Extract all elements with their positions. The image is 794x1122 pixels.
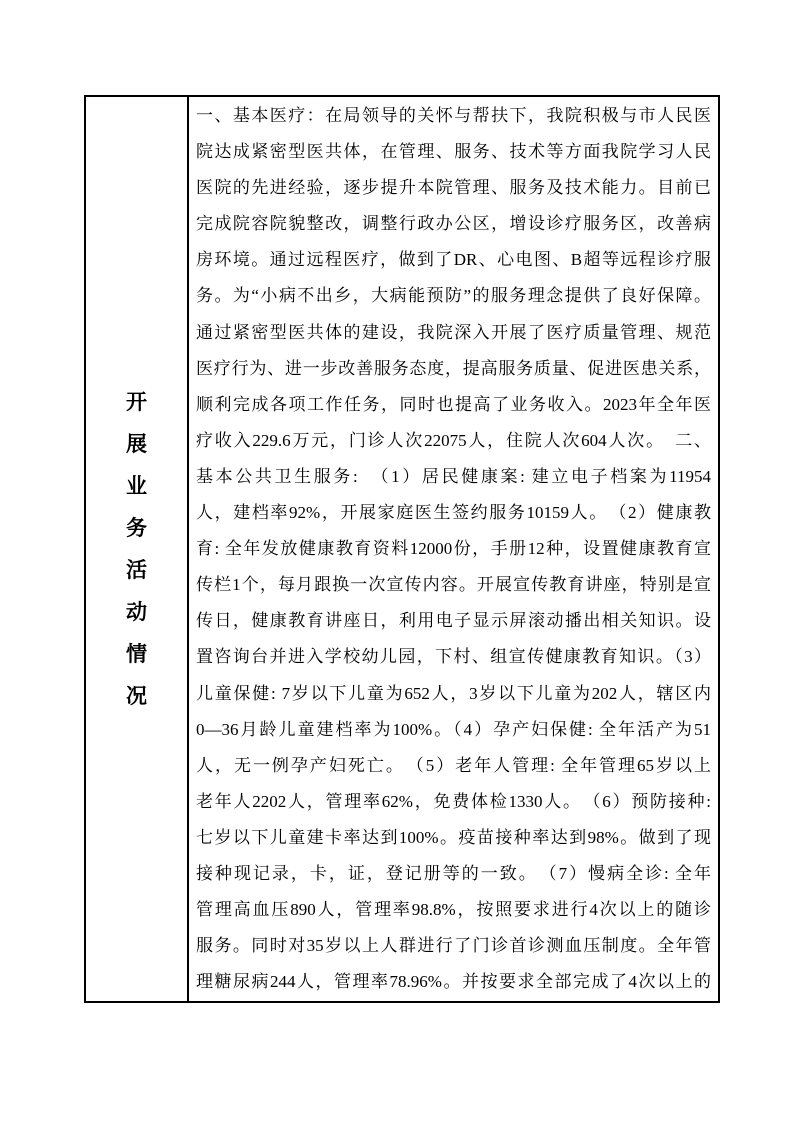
text-line: 置咨询台并进入学校幼儿园，下村、组宣传健康教育知识。（3） bbox=[196, 639, 711, 675]
header-char: 务 bbox=[126, 518, 147, 539]
text-line: 务。为“小病不出乡，大病能预防”的服务理念提供了良好保障。 bbox=[196, 278, 711, 314]
text-line: 人，无一例孕产妇死亡。 （5）老年人管理: 全年管理65岁以上 bbox=[196, 748, 711, 784]
text-line: 理糖尿病244人，管理率78.96%。并按要求全部完成了4次以上的 bbox=[196, 964, 711, 1000]
header-char: 况 bbox=[126, 686, 147, 707]
text-line: 顺利完成各项工作任务，同时也提高了业务收入。2023年全年医 bbox=[196, 387, 711, 423]
text-line: 老年人2202人，管理率62%，免费体检1330人。 （6）预防接种: bbox=[196, 784, 711, 820]
text-line: 人，建档率92%，开展家庭医生签约服务10159人。 （2）健康教 bbox=[196, 495, 711, 531]
text-line: 传日，健康教育讲座日，利用电子显示屏滚动播出相关知识。设 bbox=[196, 603, 711, 639]
header-char: 展 bbox=[126, 434, 147, 455]
text-line: 完成院容院貌整改，调整行政办公区，增设诊疗服务区，改善病 bbox=[196, 206, 711, 242]
header-char: 动 bbox=[126, 602, 147, 623]
document-table: 开 展 业 务 活 动 情 况 一、基本医疗：在局领导的关怀与帮扶下，我院积极与… bbox=[84, 95, 720, 1003]
text-line: 通过紧密型医共体的建设，我院深入开展了医疗质量管理、规范 bbox=[196, 315, 711, 351]
header-char: 活 bbox=[126, 560, 147, 581]
text-line: 儿童保健: 7岁以下儿童为652人，3岁以下儿童为202人，辖区内 bbox=[196, 676, 711, 712]
header-char: 开 bbox=[126, 392, 147, 413]
header-char: 业 bbox=[126, 476, 147, 497]
text-line: 医院的先进经验，逐步提升本院管理、服务及技术能力。目前已 bbox=[196, 170, 711, 206]
text-line: 育: 全年发放健康教育资料12000份，手册12种，设置健康教育宣 bbox=[196, 531, 711, 567]
text-line: 院达成紧密型医共体，在管理、服务、技术等方面我院学习人民 bbox=[196, 134, 711, 170]
text-line: 七岁以下儿童建卡率达到100%。疫苗接种率达到98%。做到了现 bbox=[196, 820, 711, 856]
vertical-header-cell: 开 展 业 务 活 动 情 况 bbox=[86, 97, 189, 1001]
text-line: 接种现记录，卡，证，登记册等的一致。 （7）慢病全诊: 全年 bbox=[196, 856, 711, 892]
text-line: 基本公共卫生服务: （1）居民健康案: 建立电子档案为11954 bbox=[196, 459, 711, 495]
text-line: 传栏1个，每月跟换一次宣传内容。开展宣传教育讲座，特别是宣 bbox=[196, 567, 711, 603]
text-line: 房环境。通过远程医疗，做到了DR、心电图、B超等远程诊疗服 bbox=[196, 242, 711, 278]
body-text-cell: 一、基本医疗：在局领导的关怀与帮扶下，我院积极与市人民医 院达成紧密型医共体，在… bbox=[189, 97, 718, 1001]
header-char: 情 bbox=[126, 644, 147, 665]
text-line: 管理高血压890人，管理率98.8%，按照要求进行4次以上的随诊 bbox=[196, 892, 711, 928]
text-line: 服务。同时对35岁以上人群进行了门诊首诊测血压制度。全年管 bbox=[196, 928, 711, 964]
text-line: 医疗行为、进一步改善服务态度，提高服务质量、促进医患关系， bbox=[196, 351, 711, 387]
text-line: 疗收入229.6万元，门诊人次22075人，住院人次604人次。 二、 bbox=[196, 423, 711, 459]
document-page: 开 展 业 务 活 动 情 况 一、基本医疗：在局领导的关怀与帮扶下，我院积极与… bbox=[0, 0, 794, 1122]
text-line: 一、基本医疗：在局领导的关怀与帮扶下，我院积极与市人民医 bbox=[196, 98, 711, 134]
text-line: 0—36月龄儿童建档率为100%。（4）孕产妇保健: 全年活产为51 bbox=[196, 712, 711, 748]
